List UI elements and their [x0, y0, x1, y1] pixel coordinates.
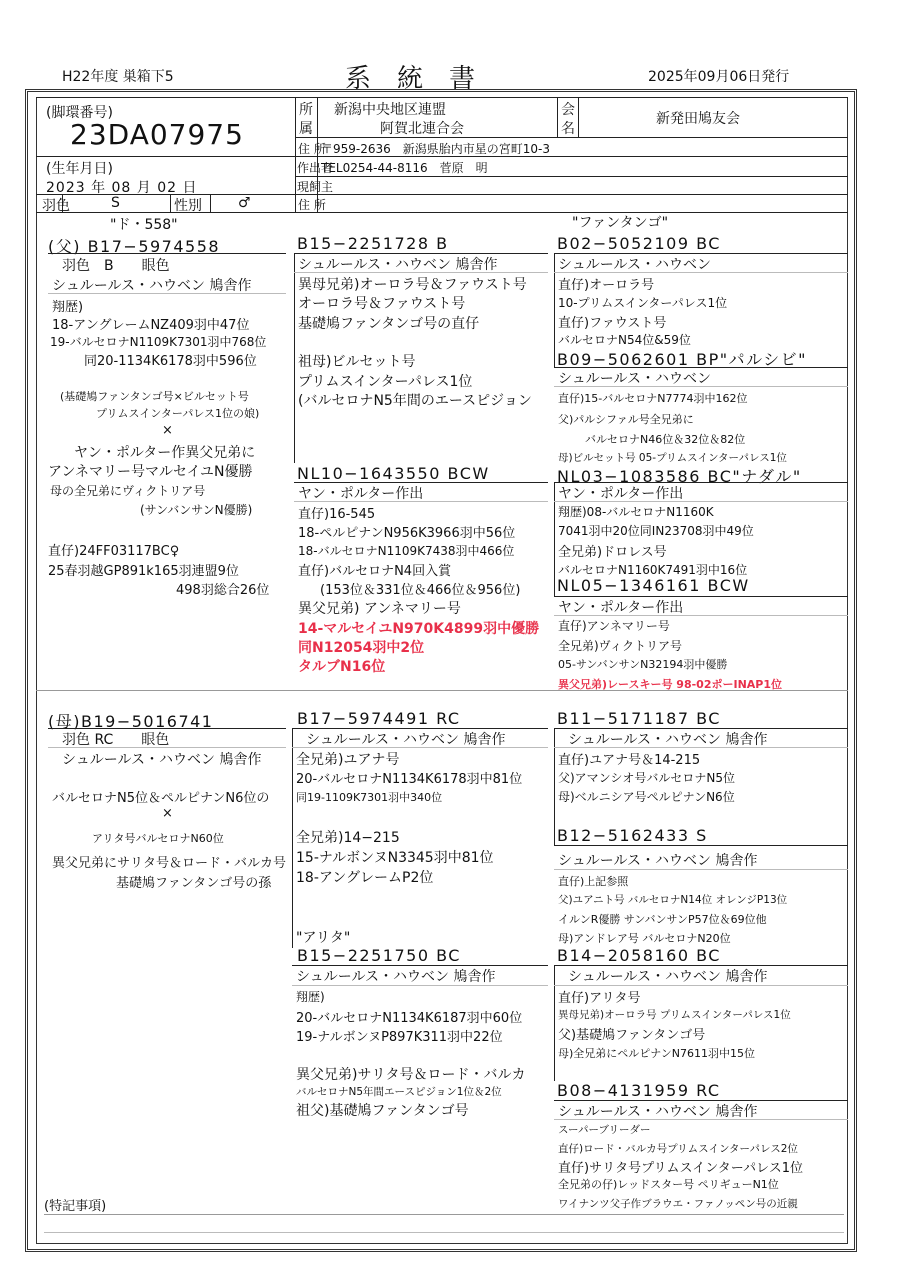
issue-date: 2025年09月06日発行 — [648, 66, 789, 86]
birth-date-label: (生年月日) — [46, 158, 113, 178]
sire-sire-breeder: シュルールス・ハウベン 鳩舎作 — [298, 254, 497, 274]
dam-sire-line: 全兄弟)14−215 — [296, 827, 400, 847]
sire-dam-highlight: 14-マルセイユN970K4899羽中優勝 — [298, 618, 539, 638]
ssd-line: 母)ビルセット号 05-プリムスインターパレス1位 — [558, 450, 787, 465]
sire-sire-ring: B15−2251728 B — [297, 234, 449, 253]
dam-sire-line: 15-ナルボンヌN3345羽中81位 — [296, 847, 494, 867]
dds-ring: B14−2058160 BC — [557, 946, 721, 965]
sss-line: 10-プリムスインターパレス1位 — [558, 294, 727, 311]
dam-line: 異父兄弟にサリタ号＆ロード・バルカ号 — [52, 852, 286, 871]
ddd-line: 直仔)サリタ号プリムスインターパレス1位 — [558, 1157, 803, 1176]
sire-dam-line: 18-ペルピナンN956K3966羽中56位 — [298, 522, 515, 541]
club-label: 会 — [561, 99, 575, 119]
sire-line: プリムスインターパレス1位の娘) — [96, 405, 259, 421]
dds-line: 父)基礎鳩ファンタンゴ号 — [558, 1024, 705, 1043]
ssd-line: 直仔)15-バルセロナN7774羽中162位 — [558, 390, 747, 406]
dsd-line: 母)アンドレア号 バルセロナN20位 — [558, 930, 731, 946]
sex-value: ♂ — [238, 195, 251, 211]
dsd-line: 父)ユアニト号 バルセロナN14位 オレンジP13位 — [558, 892, 787, 907]
dam-sire-line: 全兄弟)ユアナ号 — [296, 749, 399, 769]
birth-date: 2023 年 08 月 02 日 — [46, 177, 198, 197]
address-value: 〒959-2636 新潟県胎内市星の宮町10-3 — [321, 140, 550, 157]
dam-color: 羽色 RC 眼色 — [62, 729, 169, 749]
sdd-line: 全兄弟)ヴィクトリア号 — [558, 637, 682, 654]
dam-dam-line: 19-ナルボンヌP897K311羽中22位 — [296, 1026, 503, 1045]
club-label: 名 — [561, 118, 575, 138]
sire-line: アンネマリー号マルセイユN優勝 — [48, 461, 253, 481]
frame-line — [847, 97, 848, 1243]
sds-line: 7041羽中20位同IN23708羽中49位 — [558, 522, 754, 539]
sire-line: ヤン・ポルター作異父兄弟に — [74, 442, 255, 462]
sire-dam-line: 直仔)バルセロナN4回入賞 — [298, 560, 451, 579]
sire-line: × — [162, 423, 173, 438]
sire-dam-ring: NL10−1643550 BCW — [297, 464, 490, 483]
sdd-line: 直仔)アンネマリー号 — [558, 617, 670, 634]
dds-line: 直仔)アリタ号 — [558, 987, 641, 1006]
sds-line: 翔歴)08-バルセロナN1160K — [558, 503, 714, 520]
sire-line: 19-バルセロナN1109K7301羽中768位 — [50, 333, 266, 350]
sire-dam-line: 18-バルセロナN1109K7438羽中466位 — [298, 542, 514, 559]
ssd-breeder: シュルールス・ハウベン — [558, 368, 711, 388]
sire-dam-line: 異父兄弟) アンネマリー号 — [298, 598, 461, 618]
club-name: 新発田鳩友会 — [656, 108, 740, 128]
dam-line: 基礎鳩ファンタンゴ号の孫 — [116, 872, 271, 891]
dam-dam-line: バルセロナN5年間エースピジョン1位＆2位 — [296, 1084, 502, 1099]
sire-line: 498羽総合26位 — [176, 579, 269, 598]
ddd-line: ワイナンツ父子作ブラウエ・ファノッペン号の近親 — [558, 1196, 798, 1211]
affiliation-union: 阿賀北連合会 — [380, 118, 464, 138]
dam-line: アリタ号バルセロナN60位 — [92, 830, 224, 846]
sire-line: 同20-1134K6178羽中596位 — [84, 350, 257, 369]
ssd-line: バルセロナN46位＆32位＆82位 — [585, 431, 745, 447]
dss-line: 父)アマンシオ号バルセロナN5位 — [558, 769, 735, 786]
sire-sire-line: (バルセロナN5年間のエースピジョン — [298, 390, 532, 410]
season-label: H22年度 巣箱下5 — [62, 66, 174, 86]
dam-dam-line: 翔歴) — [296, 988, 325, 1005]
sds-line: 全兄弟)ドロレス号 — [558, 541, 667, 560]
sire-dam-breeder: ヤン・ポルター作出 — [298, 483, 423, 503]
sdd-breeder: ヤン・ポルター作出 — [558, 597, 683, 617]
sds-breeder: ヤン・ポルター作出 — [558, 483, 683, 503]
affiliation-label: 所 — [299, 99, 313, 119]
dds-line: 母)全兄弟にペルピナンN7611羽中15位 — [558, 1045, 755, 1061]
sire-color: 羽色 B 眼色 — [62, 255, 170, 275]
sdd-line: 05-サンバンサンN32194羽中優勝 — [558, 656, 727, 672]
sire-sire-line: 祖母)ビルセット号 — [298, 351, 415, 371]
sire-line: 25春羽越GP891k165羽連盟9位 — [48, 560, 239, 579]
sire-sire-line: オーロラ号＆ファウスト号 — [298, 293, 465, 313]
sire-sire-line: プリムスインターパレス1位 — [298, 371, 472, 391]
dam-dam-breeder: シュルールス・ハウベン 鳩舎作 — [296, 966, 495, 986]
dam-line: × — [162, 806, 173, 821]
sire-dam-highlight: 同N12054羽中2位 — [298, 637, 424, 657]
dss-line: 母)ベルニシア号ペルピナンN6位 — [558, 788, 735, 805]
sss-ring: B02−5052109 BC — [557, 234, 721, 253]
owner-address-label: 住 所 — [298, 196, 326, 213]
sire-line: (サンバンサンN優勝) — [140, 501, 252, 518]
sss-nickname: "ファンタンゴ" — [572, 212, 668, 232]
affiliation-federation: 新潟中央地区連盟 — [334, 99, 446, 119]
dam-dam-nickname: "アリタ" — [296, 927, 350, 947]
dam-line: バルセロナN5位＆ペルピナンN6位の — [52, 787, 269, 806]
dsd-line: 直仔)上記参照 — [558, 873, 628, 889]
dam-dam-ring: B15−2251750 BC — [297, 946, 461, 965]
dds-line: 異母兄弟)オーロラ号 プリムスインターパレス1位 — [558, 1007, 791, 1022]
sire-nickname: "ド・558" — [110, 214, 178, 234]
sire-dam-highlight: タルブN16位 — [298, 656, 385, 676]
dam-sire-breeder: シュルールス・ハウベン 鳩舎作 — [306, 729, 505, 749]
dam-breeder: シュルールス・ハウベン 鳩舎作 — [62, 749, 261, 769]
ddd-line: スーパーブリーダー — [558, 1122, 651, 1137]
dds-breeder: シュルールス・ハウベン 鳩舎作 — [568, 966, 767, 986]
ddd-breeder: シュルールス・ハウベン 鳩舎作 — [558, 1101, 757, 1121]
sire-line: 母の全兄弟にヴィクトリア号 — [50, 482, 205, 499]
ssd-line: 父)パルシファル号全兄弟に — [558, 411, 694, 427]
color-value: S — [111, 195, 120, 211]
dam-sire-line: 同19-1109K7301羽中340位 — [296, 789, 442, 805]
dss-line: 直仔)ユアナ号＆14-215 — [558, 749, 700, 768]
dam-dam-line: 祖父)基礎鳩ファンタンゴ号 — [296, 1100, 469, 1120]
sire-dam-line: (153位＆331位＆466位＆956位) — [320, 579, 520, 598]
sss-line: 直仔)ファウスト号 — [558, 312, 666, 331]
sdd-ring: NL05−1346161 BCW — [557, 576, 750, 595]
dsd-line: イルンR優勝 サンバンサンP57位＆69位他 — [558, 911, 767, 927]
affiliation-label: 属 — [299, 118, 313, 138]
sire-breeder: シュルールス・ハウベン 鳩舎作 — [52, 275, 251, 295]
ddd-line: 直仔)ロード・バルカ号プリムスインターパレス2位 — [558, 1141, 798, 1156]
sex-label: 性別 — [174, 195, 202, 215]
dam-dam-line: 異父兄弟)サリタ号＆ロード・バルカ — [296, 1064, 525, 1084]
sire-line: 直仔)24FF03117BC♀ — [48, 540, 179, 559]
breeder-value: TEL0254-44-8116 菅原 明 — [321, 159, 488, 176]
dss-ring: B11−5171187 BC — [557, 709, 721, 728]
sire-sire-line: 基礎鳩ファンタンゴ号の直仔 — [298, 313, 479, 333]
sire-sire-line: 異母兄弟)オーロラ号＆ファウスト号 — [298, 274, 527, 294]
sire-line: 翔歴) — [52, 296, 83, 315]
ddd-line: 全兄弟の仔)レッドスター号 ペリギューN1位 — [558, 1176, 779, 1192]
frame-line — [36, 97, 37, 1243]
sire-dam-line: 直仔)16-545 — [298, 503, 375, 522]
dam-sire-line: 20-バルセロナN1134K6178羽中81位 — [296, 768, 522, 787]
color-label: 羽色 — [42, 195, 70, 215]
dsd-breeder: シュルールス・ハウベン 鳩舎作 — [558, 850, 757, 870]
dsd-ring: B12−5162433 S — [557, 826, 708, 845]
sire-line: 18-アングレームNZ409羽中47位 — [52, 314, 249, 333]
dss-breeder: シュルールス・ハウベン 鳩舎作 — [568, 729, 767, 749]
sss-line: 直仔)オーロラ号 — [558, 274, 654, 293]
dam-dam-line: 20-バルセロナN1134K6187羽中60位 — [296, 1007, 522, 1026]
sss-breeder: シュルールス・ハウベン — [558, 254, 711, 274]
sss-line: バルセロナN54位&59位 — [558, 331, 691, 348]
sire-line: (基礎鳩ファンタンゴ号×ビルセット号 — [60, 388, 249, 404]
dam-sire-ring: B17−5974491 RC — [297, 709, 461, 728]
notes-label: (特記事項) — [44, 1195, 106, 1214]
frame-line — [36, 1243, 848, 1244]
dam-sire-line: 18-アングレームP2位 — [296, 867, 433, 887]
owner-label: 現飼主 — [297, 178, 333, 195]
ring-number: 23DA07975 — [70, 118, 244, 151]
ddd-ring: B08−4131959 RC — [557, 1081, 721, 1100]
